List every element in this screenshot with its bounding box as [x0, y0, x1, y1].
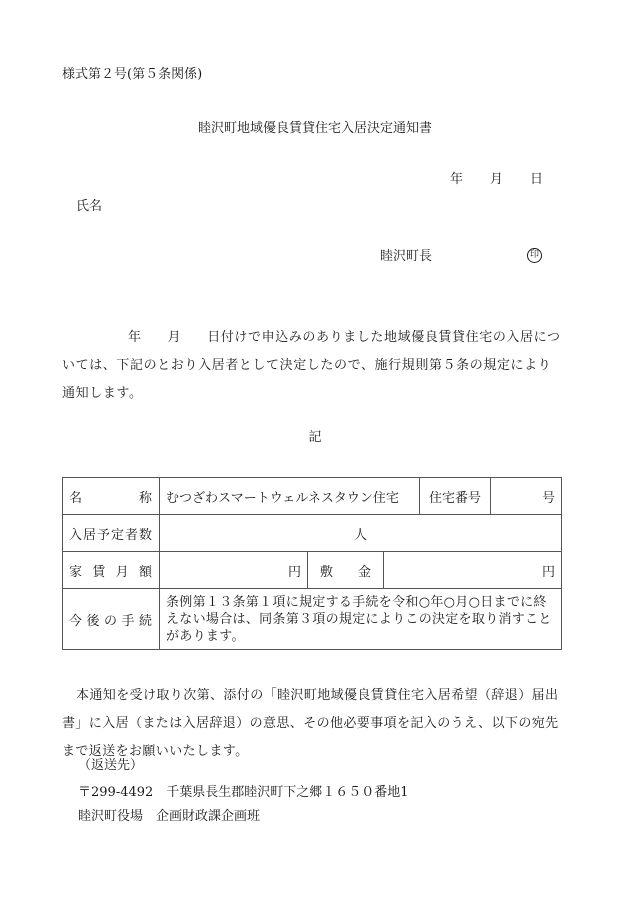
housing-info-table: 名称 むつざわスマートウェルネスタウン住宅 住宅番号 号 入居予定者数 人 家 … [62, 477, 562, 650]
date-day-label: 日 [530, 173, 543, 186]
document-title: 睦沢町地域優良賃貸住宅入居決定通知書 [0, 122, 630, 135]
table-row-name: 名称 むつざわスマートウェルネスタウン住宅 住宅番号 号 [63, 478, 562, 515]
label-char: 家 [69, 561, 83, 580]
occupants-label: 入居予定者数 [63, 515, 160, 552]
return-address-label: （返送先） [78, 759, 143, 772]
deposit-label: 敷 金 [308, 552, 384, 589]
seal-icon: 印 [527, 248, 542, 263]
return-address: 〒299-4492 千葉県長生郡睦沢町下之郷１６５０番地1 [78, 786, 409, 799]
label-char: 額 [139, 561, 153, 580]
body-month: 月 [168, 330, 182, 345]
housing-name-value: むつざわスマートウェルネスタウン住宅 [160, 478, 420, 515]
label-char: 続 [139, 610, 153, 629]
table-row-occupants: 入居予定者数 人 [63, 515, 562, 552]
label-char: の [104, 610, 118, 629]
label-char: 敷 [320, 561, 333, 580]
table-row-procedure: 今 後 の 手 続 条例第１３条第１項に規定する手続を令和○年○月○日までに終え… [63, 589, 562, 650]
name-label-cell: 名称 [63, 478, 160, 515]
label-char: 月 [116, 561, 130, 580]
ki-heading: 記 [0, 431, 630, 444]
closing-text: 本通知を受け取り次第、添付の「睦沢町地域優良賃貸住宅入居希望（辞退）届出書」に入… [62, 688, 559, 759]
date-month-label: 月 [490, 173, 503, 186]
form-number: 様式第２号(第５条関係) [62, 68, 202, 81]
label-char: 今 [69, 610, 83, 629]
recipient-name-label: 氏名 [76, 200, 102, 213]
return-office: 睦沢町役場 企画財政課企画班 [78, 810, 260, 823]
housing-number-label: 住宅番号 [420, 478, 491, 515]
rent-unit: 円 [160, 552, 308, 589]
label-char: 手 [121, 610, 135, 629]
label-char: 金 [358, 561, 371, 580]
label-char: 称 [139, 487, 153, 506]
housing-number-unit: 号 [491, 478, 562, 515]
body-year: 年 [128, 330, 142, 345]
body-paragraph: 年月日付けで申込みのありました地域優良賃貸住宅の入居については、下記のとおり入居… [62, 324, 562, 408]
occupants-unit: 人 [160, 515, 562, 552]
closing-paragraph: 本通知を受け取り次第、添付の「睦沢町地域優良賃貸住宅入居希望（辞退）届出書」に入… [62, 682, 562, 766]
deposit-unit: 円 [384, 552, 562, 589]
procedure-text: 条例第１３条第１項に規定する手続を令和○年○月○日までに終えない場合は、同条第３… [160, 589, 562, 650]
table-row-rent: 家 賃 月 額 円 敷 金 円 [63, 552, 562, 589]
procedure-label: 今 後 の 手 続 [63, 589, 160, 650]
label-char: 後 [86, 610, 100, 629]
date-year-label: 年 [450, 173, 463, 186]
label-char: 名 [69, 487, 83, 506]
label-char: 賃 [92, 561, 106, 580]
issuer-title: 睦沢町長 [380, 250, 432, 263]
rent-label: 家 賃 月 額 [63, 552, 160, 589]
